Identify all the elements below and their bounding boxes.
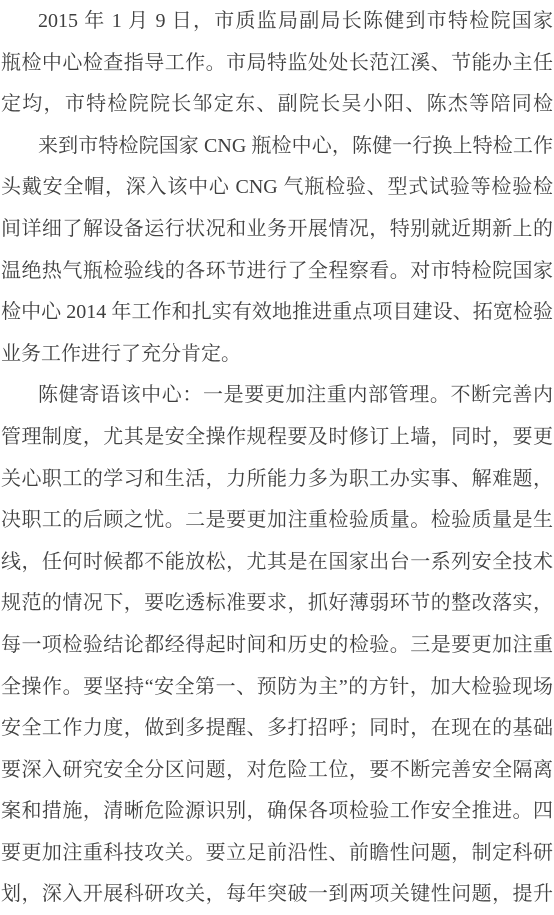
text-line: 决职工的后顾之忧。二是要更加注重检验质量。检验质量是生命	[1, 500, 553, 542]
paragraph: 陈健寄语该中心：一是要更加注重内部管理。不断完善内部管理制度，尤其是安全操作规程…	[1, 375, 553, 915]
text-line: 2015 年 1 月 9 日，市质监局副局长陈健到市特检院国家 CNG	[1, 1, 553, 43]
text-line: 头戴安全帽，深入该中心 CNG 气瓶检验、型式试验等检验检测车	[1, 167, 553, 209]
text-line: 线，任何时候都不能放松，尤其是在国家出台一系列安全技术新	[1, 542, 553, 584]
paragraph: 2015 年 1 月 9 日，市质监局副局长陈健到市特检院国家 CNG瓶检中心检…	[1, 1, 553, 126]
text-line: 瓶检中心检查指导工作。市局特监处处长范江溪、节能办主任胡	[1, 43, 553, 85]
text-line: 温绝热气瓶检验线的各环节进行了全程察看。对市特检院国家瓶	[1, 251, 553, 293]
text-line: 定均，市特检院院长邹定东、副院长吴小阳、陈杰等陪同检查。	[1, 84, 553, 126]
text-line: 规范的情况下，要吃透标准要求，抓好薄弱环节的整改落实，使	[1, 583, 553, 625]
text-line: 检中心 2014 年工作和扎实有效地推进重点项目建设、拓宽检验	[1, 292, 553, 334]
text-line: 安全工作力度，做到多提醒、多打招呼；同时，在现在的基础上，	[1, 708, 553, 750]
text-line: 管理制度，尤其是安全操作规程要及时修订上墙，同时，要更加	[1, 417, 553, 459]
text-line: 业务工作进行了充分肯定。	[1, 334, 553, 376]
text-line: 全操作。要坚持“安全第一、预防为主”的方针，加大检验现场	[1, 667, 553, 709]
text-line: 要深入研究安全分区问题，对危险工位，要不断完善安全隔离方	[1, 750, 553, 792]
text-line: 案和措施，清晰危险源识别，确保各项检验工作安全推进。四是	[1, 791, 553, 833]
text-line: 要更加注重科技攻关。要立足前沿性、前瞻性问题，制定科研规	[1, 833, 553, 875]
text-line: 间详细了解设备运行状况和业务开展情况，特别就近期新上的低	[1, 209, 553, 251]
text-line: 陈健寄语该中心：一是要更加注重内部管理。不断完善内部	[1, 375, 553, 417]
text-line: 来到市特检院国家 CNG 瓶检中心，陈健一行换上特检工作服	[1, 126, 553, 168]
text-line: 关心职工的学习和生活，力所能力多为职工办实事、解难题，解	[1, 459, 553, 501]
text-line: 每一项检验结论都经得起时间和历史的检验。三是要更加注重安	[1, 625, 553, 667]
article-body: 2015 年 1 月 9 日，市质监局副局长陈健到市特检院国家 CNG瓶检中心检…	[1, 1, 553, 915]
text-line: 划，深入开展科研攻关，每年突破一到两项关键性问题，提升国	[1, 874, 553, 915]
page: 2015 年 1 月 9 日，市质监局副局长陈健到市特检院国家 CNG瓶检中心检…	[0, 0, 554, 915]
paragraph: 来到市特检院国家 CNG 瓶检中心，陈健一行换上特检工作服头戴安全帽，深入该中心…	[1, 126, 553, 376]
